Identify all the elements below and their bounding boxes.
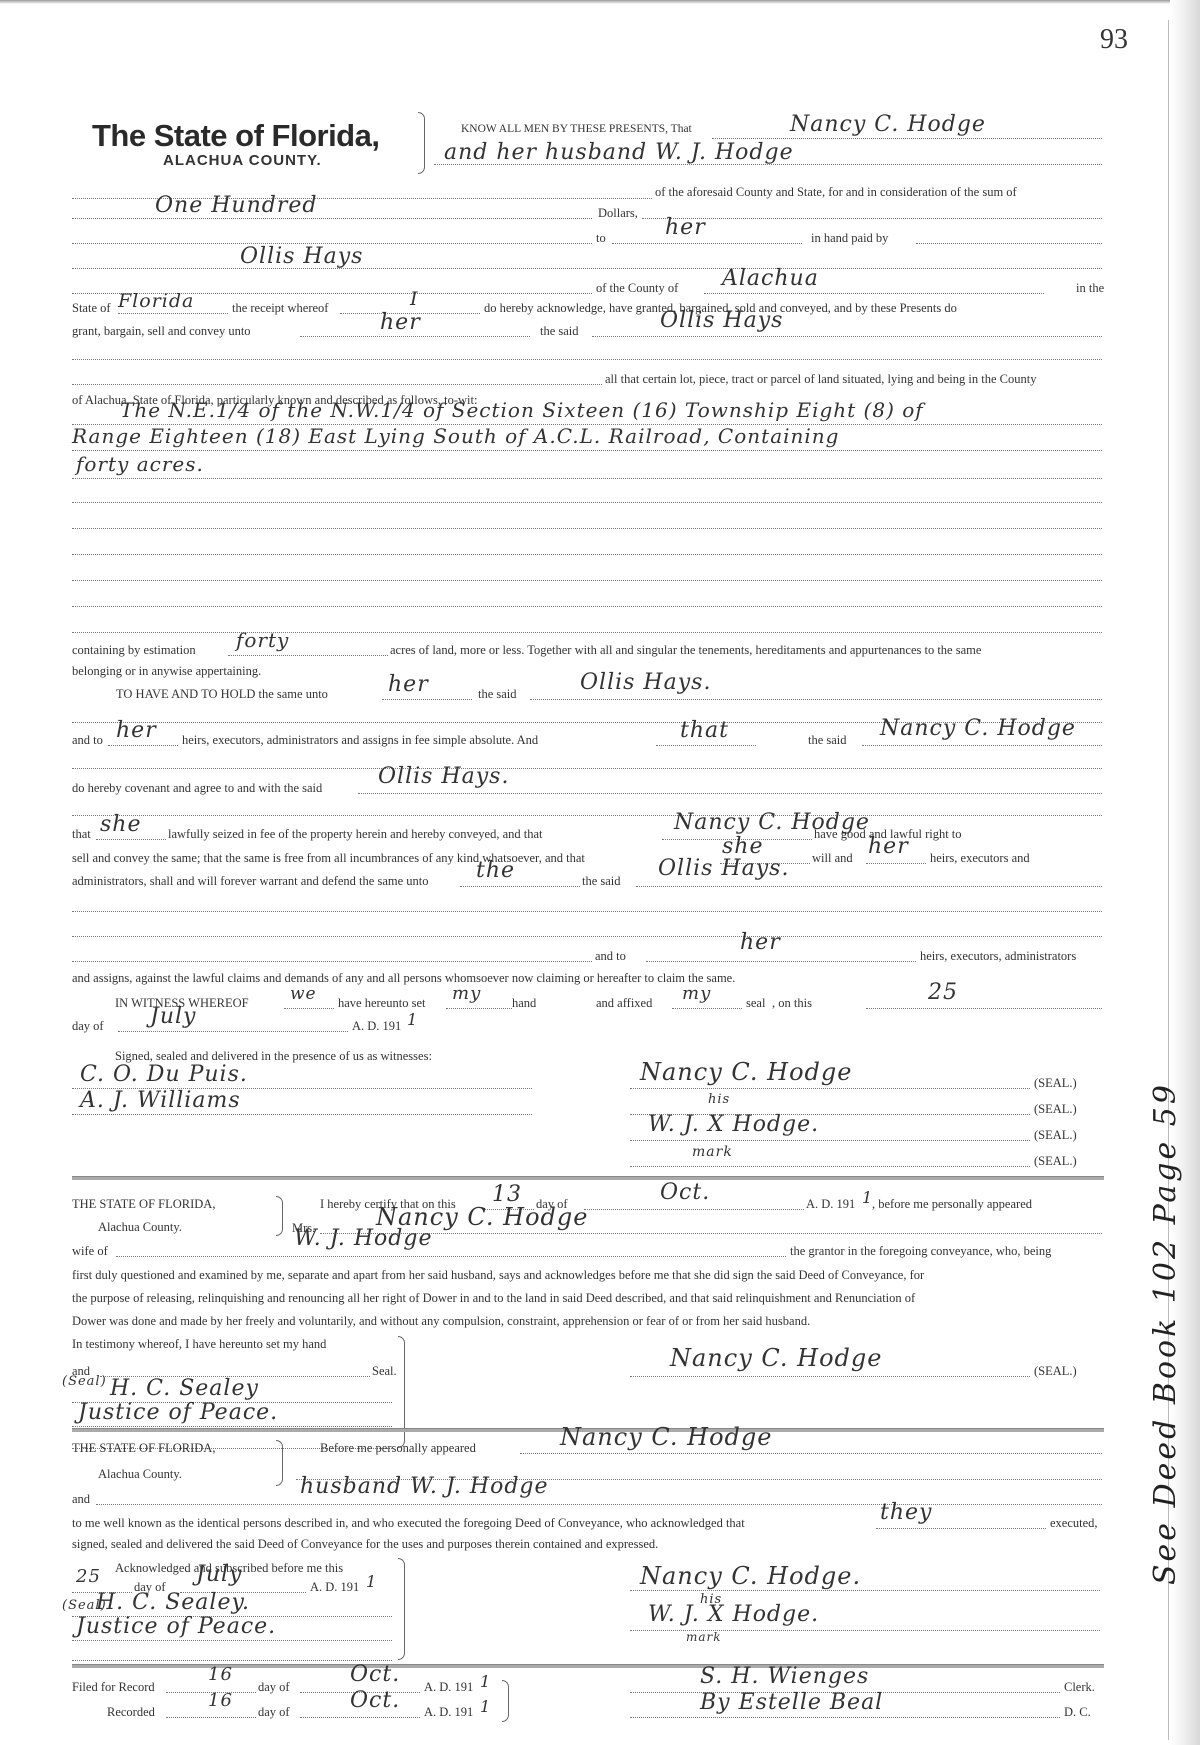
- land-description-line1: The N.E.1/4 of the N.W.1/4 of Section Si…: [120, 398, 924, 422]
- signature-1: Nancy C. Hodge: [640, 1058, 852, 1086]
- rule: [166, 1717, 256, 1718]
- rule: [612, 243, 802, 244]
- and-to-label: and to: [72, 733, 103, 748]
- signed-text: signed, sealed and delivered the said De…: [72, 1537, 658, 1552]
- grantor-line1: Nancy C. Hodge: [790, 112, 986, 137]
- rule: [916, 243, 1102, 244]
- rule: [704, 293, 1044, 294]
- rule: [72, 1640, 392, 1641]
- rule: [118, 313, 228, 314]
- rule: [72, 450, 1102, 451]
- filed-year: 1: [480, 1672, 491, 1691]
- and-value: husband W. J. Hodge: [300, 1474, 549, 1499]
- rule: [520, 1453, 1102, 1454]
- the-said-text: the said: [540, 324, 579, 339]
- that-label: that: [72, 827, 91, 842]
- dollars-label: Dollars,: [598, 206, 638, 221]
- county-heading: ALACHUA COUNTY.: [163, 152, 322, 169]
- ack-officer-title: Justice of Peace.: [76, 1614, 276, 1639]
- officer-title: Justice of Peace.: [78, 1400, 278, 1425]
- containing-rest: acres of land, more or less. Together wi…: [390, 643, 981, 658]
- that-value: that: [680, 718, 729, 743]
- recorded-label: Recorded: [107, 1705, 155, 1720]
- rule: [358, 793, 1102, 794]
- land-description-line2: Range Eighteen (18) East Lying South of …: [72, 424, 839, 448]
- rule: [72, 359, 1102, 360]
- rule: [72, 384, 602, 385]
- rule: [382, 699, 472, 700]
- covenant-value: Ollis Hays.: [378, 764, 509, 789]
- rule: [630, 1590, 1100, 1591]
- heirs-text: heirs, executors, administrators and ass…: [182, 733, 538, 748]
- seal-label: Seal.: [372, 1364, 397, 1379]
- witness-2: A. J. Williams: [80, 1088, 241, 1113]
- year-digit: 1: [366, 1572, 377, 1591]
- we-value: we: [290, 984, 317, 1004]
- on-this-text: , on this: [772, 996, 812, 1011]
- warranty-grantee: Ollis Hays.: [658, 856, 789, 881]
- rule: [636, 886, 1102, 887]
- belonging-text: belonging or in anywise appertaining.: [72, 664, 261, 679]
- payer-name: Ollis Hays: [240, 244, 363, 269]
- that-value: she: [100, 812, 141, 837]
- ack-state: THE STATE OF FLORIDA,: [72, 1441, 215, 1456]
- the-said-text: the said: [478, 687, 517, 702]
- well-known-text: to me well known as the identical person…: [72, 1516, 745, 1531]
- heirs-exec-text: heirs, executors and: [930, 851, 1030, 866]
- husband-name: W. J. Hodge: [294, 1226, 432, 1251]
- rule: [320, 1233, 1102, 1234]
- rule: [96, 839, 166, 840]
- rule: [116, 1256, 786, 1257]
- rule: [72, 815, 1102, 816]
- seal-mark: (SEAL.): [1034, 1154, 1077, 1169]
- rule: [866, 1008, 1102, 1009]
- deputy-clerk-name: By Estelle Beal: [700, 1690, 883, 1715]
- rule: [108, 745, 178, 746]
- aforesaid-text: of the aforesaid County and State, for a…: [655, 185, 1017, 200]
- recorded-month: Oct.: [350, 1688, 400, 1713]
- seized-text: lawfully seized in fee of the property h…: [168, 827, 543, 842]
- rule: [630, 1166, 1030, 1167]
- grant-label: grant, bargain, sell and convey unto: [72, 324, 251, 339]
- rule: [118, 1031, 348, 1032]
- rule: [72, 268, 1102, 269]
- receipt-label: the receipt whereof: [232, 301, 328, 316]
- grantor-line2: and her husband W. J. Hodge: [444, 140, 794, 165]
- rule: [72, 554, 1102, 555]
- executed-text: executed,: [1050, 1516, 1098, 1531]
- rule: [228, 655, 388, 656]
- rule: [592, 336, 1102, 337]
- rule: [284, 1008, 334, 1009]
- rule: [460, 886, 580, 887]
- rule: [876, 1528, 1046, 1529]
- mark-label: mark: [692, 1144, 733, 1160]
- to-have-text: TO HAVE AND TO HOLD the same unto: [116, 687, 328, 702]
- to-value: her: [665, 215, 706, 240]
- rule: [72, 1660, 392, 1661]
- header-brace: [418, 112, 425, 174]
- heirs-admin-text: heirs, executors, administrators: [920, 949, 1076, 964]
- rule: [72, 528, 1102, 529]
- county-value: Alachua: [722, 266, 819, 291]
- hereunto-text: have hereunto set: [338, 996, 425, 1011]
- rule: [72, 911, 1102, 912]
- cert-month: Oct.: [660, 1180, 710, 1205]
- ack-officer-name: H. C. Sealey.: [96, 1590, 250, 1615]
- unto-value: her: [388, 672, 429, 697]
- state-value: Florida: [118, 290, 194, 312]
- and-to-value: her: [116, 718, 157, 743]
- cert-state: THE STATE OF FLORIDA,: [72, 1197, 215, 1212]
- admin-value: the: [476, 858, 515, 883]
- seal-mark: (SEAL.): [1034, 1364, 1077, 1379]
- witness-day: 25: [928, 980, 958, 1005]
- grantor-line1-rule: [712, 138, 1102, 139]
- ad-text: A. D. 191: [310, 1580, 359, 1595]
- recorded-year: 1: [480, 1697, 491, 1716]
- page-number: 93: [1100, 24, 1128, 56]
- my-value: my: [682, 983, 711, 1004]
- cert-para-3: Dower was done and made by her freely an…: [72, 1314, 810, 1329]
- witness-1: C. O. Du Puis.: [80, 1062, 248, 1087]
- land-description-line3: forty acres.: [76, 452, 204, 476]
- rule: [630, 1088, 1030, 1089]
- rule: [72, 961, 592, 962]
- page-top-edge: [0, 0, 1200, 4]
- rule: [862, 745, 1102, 746]
- deputy-clerk-label: D. C.: [1064, 1705, 1091, 1720]
- ack-county: Alachua County.: [98, 1467, 182, 1482]
- to-label: to: [596, 231, 606, 246]
- receipt-value: I: [410, 288, 419, 310]
- clerk-name: S. H. Wienges: [700, 1664, 869, 1689]
- rule: [300, 336, 530, 337]
- cert-para-1: first duly questioned and examined by me…: [72, 1268, 924, 1283]
- year-digit: 1: [407, 1010, 418, 1029]
- ad-text: A. D. 191: [424, 1705, 473, 1720]
- know-all-text: KNOW ALL MEN BY THESE PRESENTS, That: [461, 123, 692, 135]
- filed-day: 16: [208, 1664, 233, 1685]
- ack-brace: [276, 1440, 283, 1486]
- rule: [72, 1426, 392, 1427]
- rule: [446, 1008, 512, 1009]
- rule: [72, 580, 1102, 581]
- cert-brace: [276, 1196, 283, 1236]
- rule: [866, 863, 926, 864]
- testimony-text: In testimony whereof, I have hereunto se…: [72, 1337, 326, 1352]
- rule: [646, 961, 916, 962]
- ack-officer-brace: [398, 1558, 405, 1660]
- filing-brace: [502, 1680, 509, 1722]
- cert-para-2: the purpose of releasing, relinquishing …: [72, 1291, 915, 1306]
- hand-text: hand: [512, 996, 536, 1011]
- rule: [72, 502, 1102, 503]
- the-said-text: the said: [582, 874, 621, 889]
- containing-value: forty: [236, 628, 289, 652]
- seal-text: seal: [746, 996, 765, 1011]
- signature-2: W. J. X Hodge.: [648, 1112, 819, 1137]
- in-hand-label: in hand paid by: [811, 231, 888, 246]
- rule: [642, 218, 1102, 219]
- they-value: they: [880, 1500, 932, 1525]
- rule: [630, 1376, 1030, 1377]
- seal-mark: (SEAL.): [1034, 1076, 1077, 1091]
- covenant-text: do hereby covenant and agree to and with…: [72, 781, 322, 796]
- witness-month: July: [150, 1004, 196, 1029]
- rule: [584, 1209, 804, 1210]
- margin-cross-reference: See Deed Book 102 Page 59: [1148, 1082, 1183, 1585]
- recorded-day: 16: [208, 1690, 233, 1711]
- rule: [530, 699, 1102, 700]
- rule: [72, 606, 1102, 607]
- grantor-text: the grantor in the foregoing conveyance,…: [790, 1244, 1051, 1259]
- rule: [72, 218, 592, 219]
- filed-month: Oct.: [350, 1662, 400, 1687]
- mark-label: mark: [686, 1630, 722, 1644]
- cert-county: Alachua County.: [98, 1220, 182, 1235]
- rule: [672, 1008, 742, 1009]
- ad-text: A. D. 191: [352, 1019, 401, 1034]
- seal-mark: (SEAL.): [1034, 1102, 1077, 1117]
- and-to-value: her: [740, 930, 781, 955]
- wife-of-label: wife of: [72, 1244, 108, 1259]
- the-said-text: the said: [808, 733, 847, 748]
- habendum-grantor: Nancy C. Hodge: [880, 716, 1076, 741]
- rule: [72, 632, 1102, 633]
- day-of-text: day of: [258, 1705, 290, 1720]
- filed-label: Filed for Record: [72, 1680, 155, 1695]
- day-of-text: day of: [72, 1019, 104, 1034]
- before-me-text: Before me personally appeared: [320, 1441, 476, 1456]
- will-value: her: [868, 834, 909, 859]
- officer-seal-mark: (Seal): [62, 1374, 107, 1389]
- rule: [96, 1504, 1102, 1505]
- ad-text: A. D. 191: [424, 1680, 473, 1695]
- his-mark-label: his: [708, 1092, 730, 1107]
- day-of-text: day of: [258, 1680, 290, 1695]
- document-title: The State of Florida,: [92, 118, 379, 154]
- ack-signature-2: W. J. X Hodge.: [648, 1602, 819, 1627]
- clerk-label: Clerk.: [1064, 1680, 1095, 1695]
- my-value: my: [452, 983, 481, 1004]
- admin-text: administrators, shall and will forever w…: [72, 874, 428, 889]
- rule: [72, 768, 1102, 769]
- rule: [656, 745, 756, 746]
- state-label: State of: [72, 301, 111, 316]
- will-and-text: will and: [812, 851, 853, 866]
- seal-mark: (SEAL.): [1034, 1128, 1077, 1143]
- deed-page: 93 The State of Florida, ALACHUA COUNTY.…: [0, 0, 1200, 1745]
- containing-label: containing by estimation: [72, 643, 196, 658]
- and-to-label: and to: [595, 949, 626, 964]
- before-me-text: , before me personally appeared: [872, 1197, 1032, 1212]
- officer-name: H. C. Sealey: [110, 1376, 259, 1401]
- rule: [300, 1717, 420, 1718]
- rule: [630, 1140, 1030, 1141]
- consideration-amount: One Hundred: [155, 193, 317, 218]
- in-the-text: in the: [1076, 281, 1104, 296]
- affixed-text: and affixed: [596, 996, 652, 1011]
- and-label: and: [72, 1492, 90, 1507]
- rule: [72, 1114, 532, 1115]
- ack-signature-1: Nancy C. Hodge.: [640, 1562, 861, 1590]
- cert-signature: Nancy C. Hodge: [670, 1344, 882, 1372]
- grantee-name: Ollis Hays: [660, 308, 783, 333]
- assigns-text: and assigns, against the lawful claims a…: [72, 971, 735, 986]
- appeared-name: Nancy C. Hodge: [560, 1423, 772, 1451]
- ack-month: July: [196, 1562, 242, 1587]
- rule: [72, 478, 1102, 479]
- section-divider: [72, 1176, 1104, 1180]
- ack-day: 25: [76, 1566, 101, 1587]
- grant-value: her: [380, 310, 421, 335]
- county-label: of the County of: [596, 281, 678, 296]
- habendum-grantee: Ollis Hays.: [580, 670, 711, 695]
- all-that-text: all that certain lot, piece, tract or pa…: [605, 372, 1036, 387]
- rule: [72, 936, 1102, 937]
- ad-text: A. D. 191: [806, 1197, 855, 1212]
- rule: [630, 1717, 1060, 1718]
